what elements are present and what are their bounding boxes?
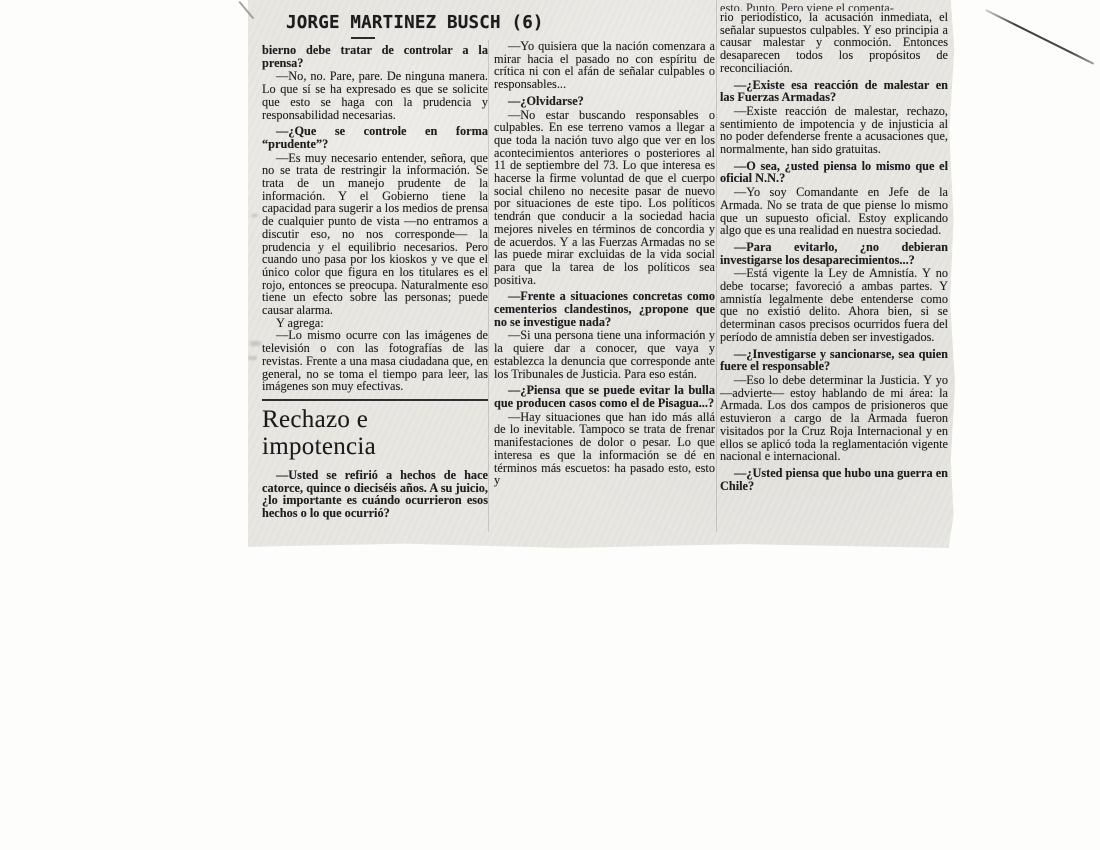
paragraph: —Para evitarlo, ¿no debieran investigars… (720, 241, 948, 266)
paragraph: —No, no. Pare, pare. De ninguna manera. … (262, 70, 488, 121)
page-background: JORGE MARTINEZ BUSCH (6) bierno debe tra… (0, 0, 1100, 850)
paragraph: bierno debe tratar de controlar a la pre… (262, 44, 488, 69)
column-3: esto. Punto. Pero viene el comenta- rio … (720, 2, 948, 493)
column-1: bierno debe tratar de controlar a la pre… (262, 40, 488, 521)
column-divider (488, 40, 489, 532)
column-divider (716, 0, 717, 532)
paragraph: —Yo quisiera que la nación comenzara a m… (494, 40, 715, 91)
paragraph: rio periodístico, la acusación inmediata… (720, 11, 948, 75)
paragraph: —¿Usted piensa que hubo una guerra en Ch… (720, 467, 948, 492)
paragraph: —Eso lo debe determinar la Justicia. Y y… (720, 374, 948, 463)
clipped-line: esto. Punto. Pero viene el comenta- (720, 2, 948, 11)
paragraph: —Hay situaciones que han ido más allá de… (494, 411, 715, 487)
paragraph: —¿Olvidarse? (494, 95, 715, 108)
paragraph: —Frente a situaciones concretas como cem… (494, 290, 715, 328)
newspaper-clipping: JORGE MARTINEZ BUSCH (6) bierno debe tra… (248, 0, 955, 548)
margin-smudge (250, 341, 261, 346)
paragraph: —Si una persona tiene una información y … (494, 329, 715, 380)
section-heading: Rechazo e impotencia (262, 406, 488, 460)
paragraph: —Está vigente la Ley de Amnistía. Y no d… (720, 267, 948, 343)
pen-mark-diagonal (985, 9, 1094, 65)
paragraph: —Lo mismo ocurre con las imágenes de tel… (262, 329, 488, 393)
paragraph: —¿Existe esa reacción de malestar en las… (720, 79, 948, 104)
paragraph: —¿Piensa que se puede evitar la bulla qu… (494, 384, 715, 409)
paragraph: —Yo soy Comandante en Jefe de la Armada.… (720, 186, 948, 237)
article-header: JORGE MARTINEZ BUSCH (6) (286, 13, 544, 33)
clipped-line-text: esto. Punto. Pero viene el comenta- (720, 2, 894, 11)
margin-smudge (248, 356, 257, 360)
paragraph: —No estar buscando responsables o culpab… (494, 109, 715, 287)
paragraph: —Usted se refirió a hechos de hace cator… (262, 469, 488, 520)
paragraph: —Existe reacción de malestar, rechazo, s… (720, 105, 948, 156)
margin-smudge (251, 214, 258, 217)
paragraph: —Es muy necesario entender, señora, que … (262, 152, 488, 317)
section-rule (262, 399, 488, 401)
paragraph: —O sea, ¿usted piensa lo mismo que el of… (720, 160, 948, 185)
underline-mark (351, 37, 375, 39)
paragraph: —¿Que se controle en forma “prudente”? (262, 125, 488, 150)
paragraph: —¿Investigarse y sancionarse, sea quien … (720, 348, 948, 373)
column-2: —Yo quisiera que la nación comenzara a m… (494, 40, 715, 487)
